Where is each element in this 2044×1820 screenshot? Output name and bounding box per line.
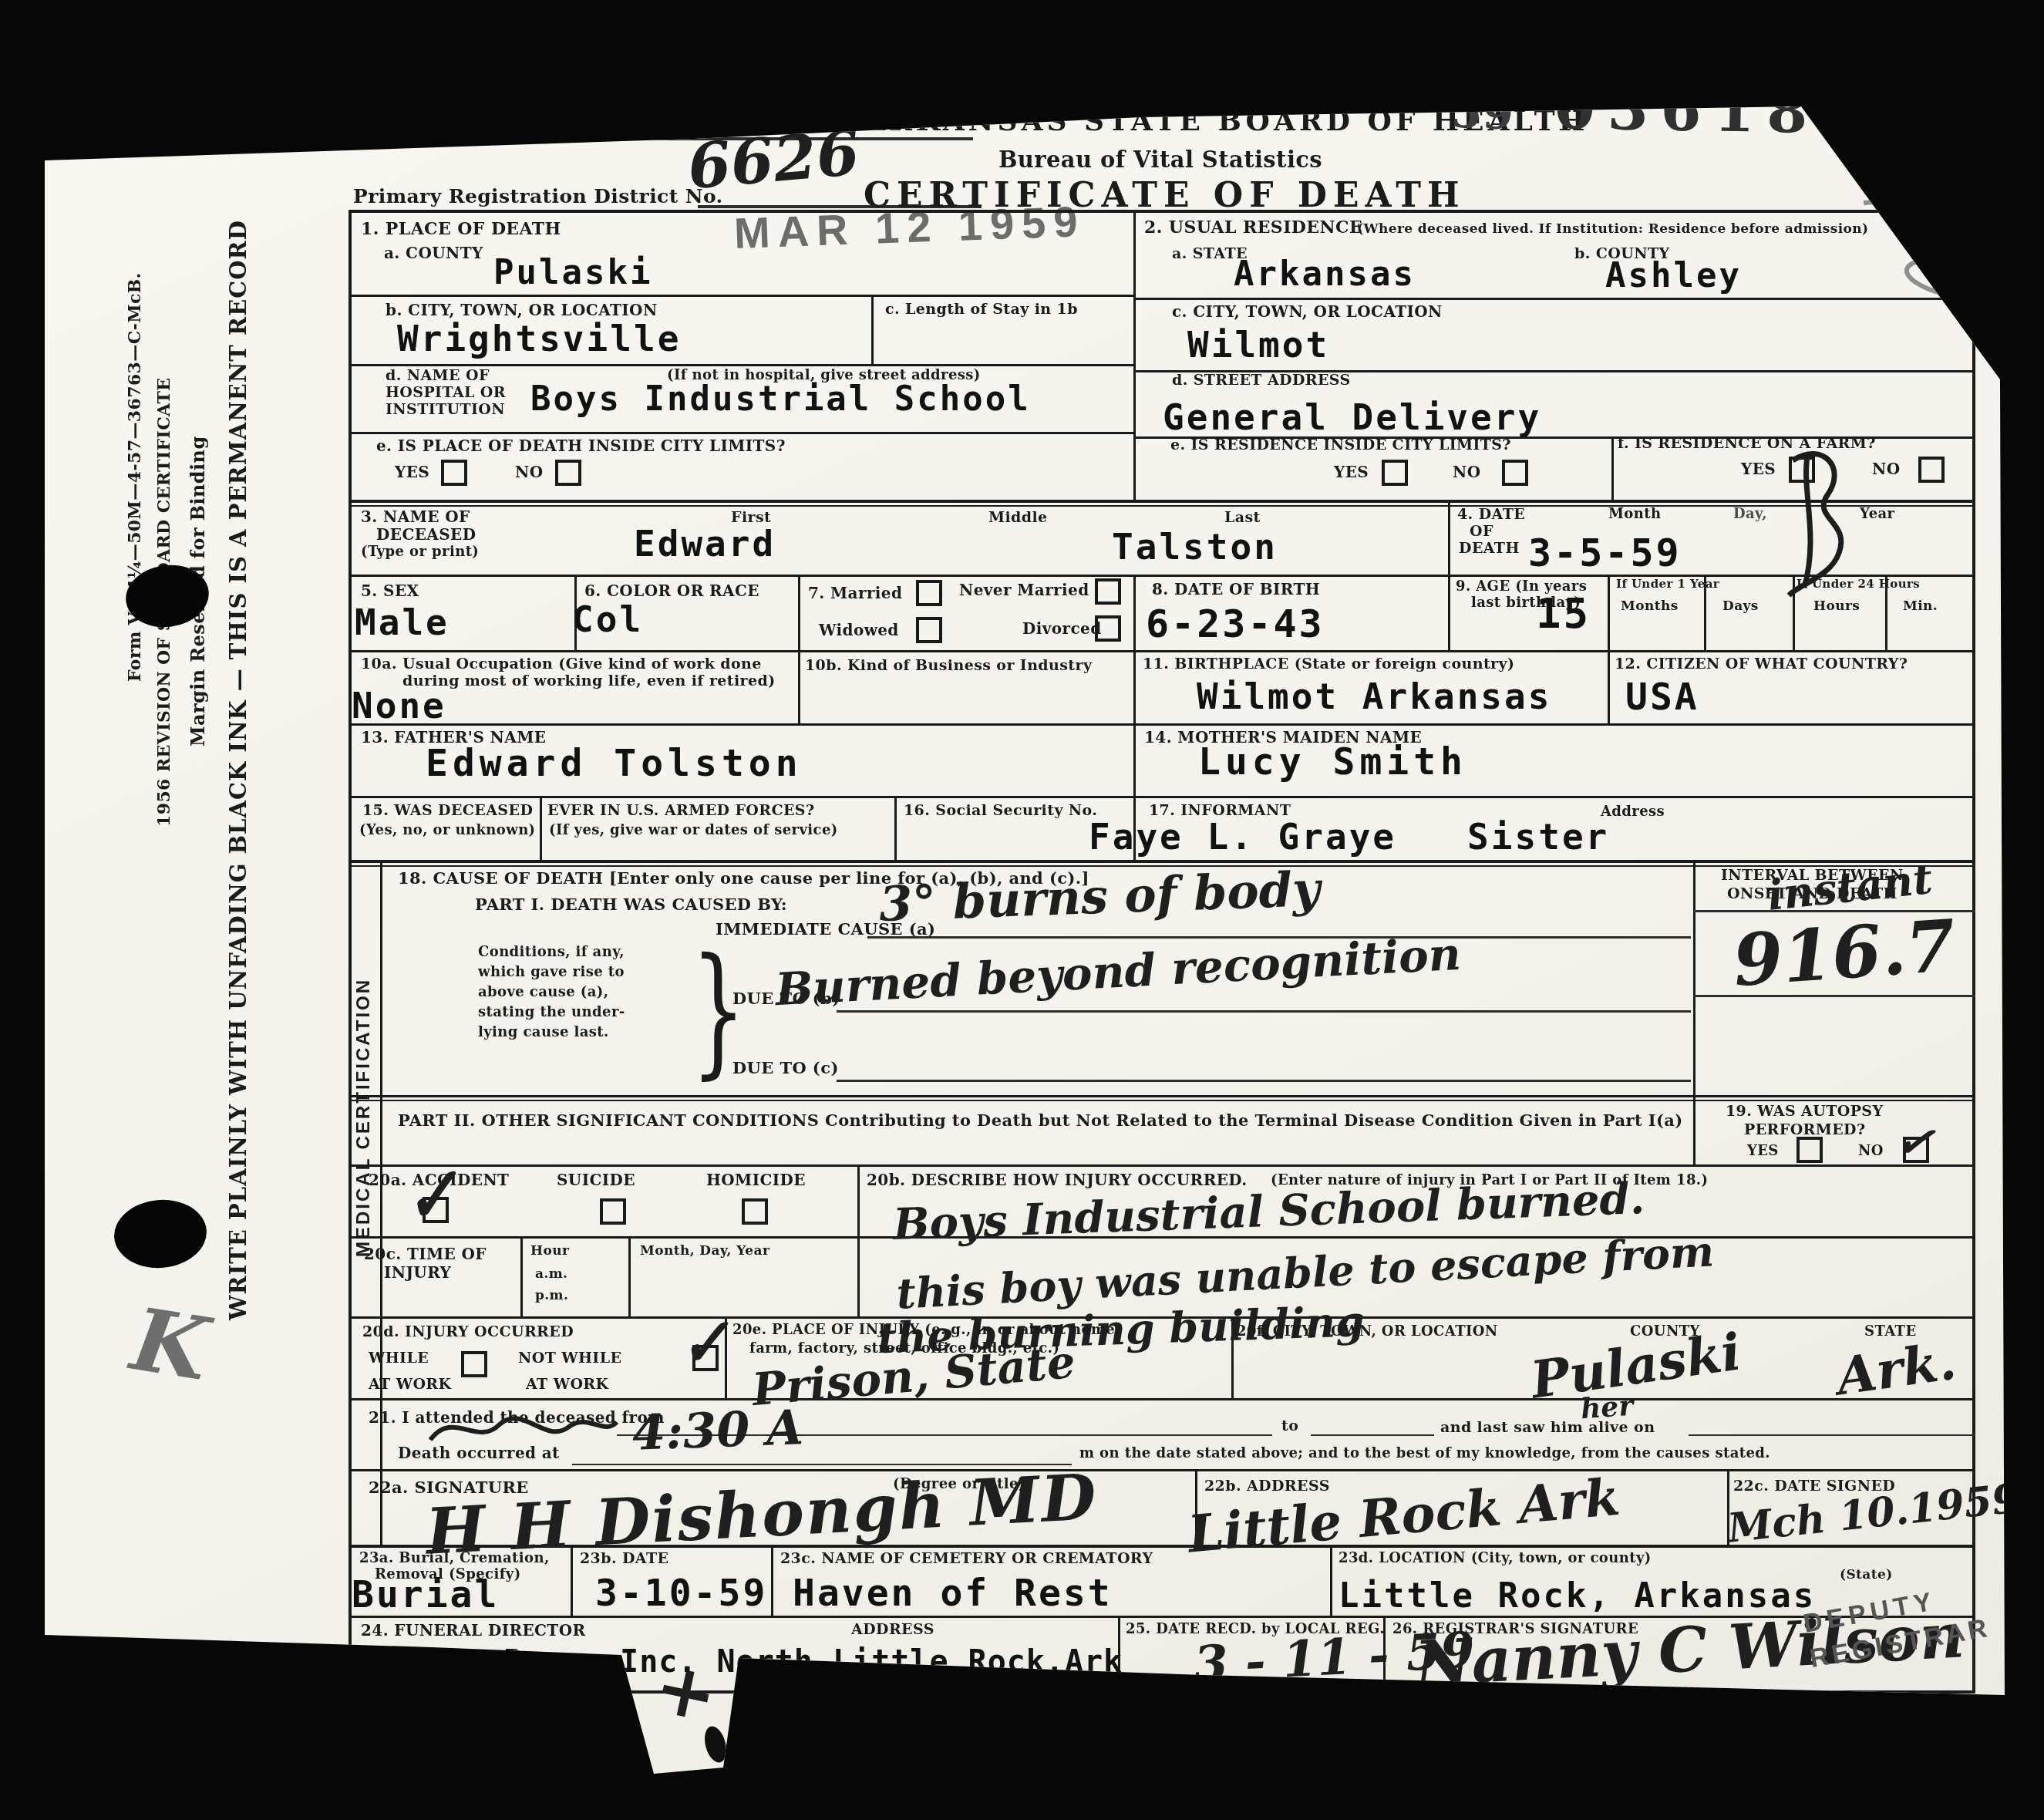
grid-line bbox=[540, 796, 542, 860]
not-while-label-1: NOT WHILE bbox=[518, 1350, 621, 1367]
suicide-label: SUICIDE bbox=[557, 1171, 635, 1189]
sex-label: 5. SEX bbox=[361, 581, 419, 600]
primary-district-label: Primary Registration District No. bbox=[353, 185, 723, 207]
burial-label-1: 23a. Burial, Cremation, bbox=[359, 1550, 550, 1566]
funeral-director-label: 24. FUNERAL DIRECTOR bbox=[361, 1621, 586, 1640]
married-checkbox bbox=[916, 580, 942, 606]
death-limits-no-checkbox bbox=[555, 460, 581, 486]
due-to-b-value: Burned beyond recognition bbox=[774, 928, 1463, 1016]
cemetery-value: Haven of Rest bbox=[793, 1572, 1113, 1615]
cause-b-line bbox=[837, 1010, 1691, 1013]
death-limits-yes-label: YES bbox=[395, 463, 429, 481]
describe-injury-label: 20b. DESCRIBE HOW INJURY OCCURRED. bbox=[867, 1171, 1248, 1189]
occupation-label-2: during most of working life, even if ret… bbox=[402, 672, 776, 689]
grid-line bbox=[380, 860, 382, 1545]
name-label-1: 3. NAME OF bbox=[361, 507, 470, 526]
father-value: Edward Tolston bbox=[426, 742, 803, 785]
dob-value: 6-23-43 bbox=[1146, 602, 1325, 646]
place-of-injury-label-1: 20e. PLACE OF INJURY (e. g., in or about… bbox=[732, 1322, 1120, 1338]
primary-district-value: 6626 bbox=[685, 116, 862, 203]
last-saw-label: and last saw him alive on bbox=[1440, 1419, 1655, 1436]
occupation-value: None bbox=[352, 685, 446, 726]
dod-year-header: Year bbox=[1860, 506, 1894, 522]
cemetery-label: 23c. NAME OF CEMETERY OR CREMATORY bbox=[780, 1550, 1153, 1567]
registration-district-label: Registration District No. bbox=[353, 114, 628, 136]
certificate-paper: Form VS-4¼—50M—4-57—36763—C-McB. 1956 RE… bbox=[0, 0, 2044, 1820]
file-year: 59 bbox=[1450, 86, 1515, 140]
grid-line bbox=[349, 723, 1975, 726]
conditions-note-5: lying cause last. bbox=[478, 1024, 609, 1040]
homicide-checkbox bbox=[742, 1198, 768, 1225]
institution-value: Boys Industrial School bbox=[530, 379, 1031, 419]
length-of-stay-label: c. Length of Stay in 1b bbox=[885, 301, 1078, 318]
sex-value: Male bbox=[355, 602, 450, 643]
grid-line bbox=[798, 650, 800, 723]
grid-line bbox=[628, 1236, 631, 1316]
street-address-value: General Delivery bbox=[1163, 396, 1541, 438]
institution-label-3: INSTITUTION bbox=[386, 401, 505, 418]
residence-county-value: Ashley bbox=[1605, 256, 1742, 295]
funeral-address-label: ADDRESS bbox=[851, 1621, 934, 1638]
time-of-injury-label-2: INJURY bbox=[384, 1263, 451, 1282]
informant-value: Faye L. Graye Sister bbox=[1089, 816, 1609, 858]
race-label: 6. COLOR OR RACE bbox=[584, 581, 759, 600]
suicide-checkbox bbox=[600, 1198, 626, 1225]
while-at-work-checkbox bbox=[461, 1351, 487, 1377]
ink-blot bbox=[701, 1724, 730, 1764]
grid-line bbox=[1133, 723, 1136, 796]
burial-date-value: 3-10-59 bbox=[595, 1572, 767, 1615]
dod-month-header: Month bbox=[1608, 506, 1661, 522]
injury-state-value: Ark. bbox=[1833, 1331, 1959, 1407]
while-label-2: AT WORK bbox=[369, 1376, 451, 1393]
residence-limits-no-checkbox bbox=[1502, 460, 1528, 486]
grid-line bbox=[349, 860, 1975, 863]
disposition-state-label: (State) bbox=[1840, 1567, 1893, 1582]
death-occurred-note: m on the date stated above; and to the b… bbox=[1079, 1445, 1770, 1461]
part2-label: PART II. OTHER SIGNIFICANT CONDITIONS Co… bbox=[398, 1111, 1683, 1130]
grid-line bbox=[857, 1164, 860, 1316]
attended-time-value: 4:30 A bbox=[631, 1399, 804, 1461]
not-while-label-2: AT WORK bbox=[526, 1376, 608, 1393]
usual-residence-label: 2. USUAL RESIDENCE bbox=[1144, 217, 1362, 238]
grid-line bbox=[1133, 210, 1136, 503]
certifier-address-label: 22b. ADDRESS bbox=[1204, 1478, 1330, 1495]
residence-limits-yes-label: YES bbox=[1334, 463, 1369, 481]
grid-line bbox=[871, 295, 874, 366]
name-label-2: DECEASED bbox=[376, 525, 476, 544]
widowed-label: Widowed bbox=[819, 621, 899, 639]
divorced-label: Divorced bbox=[1022, 619, 1102, 638]
grid-line bbox=[349, 210, 1975, 213]
hours-header: Hours bbox=[1813, 598, 1860, 614]
residence-limits-yes-checkbox bbox=[1382, 460, 1408, 486]
grid-line bbox=[349, 1095, 1975, 1097]
corner-scribble bbox=[1813, 93, 2043, 339]
grid-line bbox=[1608, 575, 1610, 652]
months-header: Months bbox=[1621, 598, 1679, 614]
residence-limits-no-label: NO bbox=[1453, 463, 1481, 481]
grid-line bbox=[349, 364, 1136, 366]
grid-line bbox=[771, 1545, 773, 1616]
first-name-value: Edward bbox=[634, 523, 776, 565]
residence-city-label: c. CITY, TOWN, OR LOCATION bbox=[1172, 302, 1443, 321]
funeral-director-value: Hubble Bros. Inc. North Little Rock,Ark bbox=[369, 1644, 1123, 1680]
age-value: 15 bbox=[1536, 589, 1591, 638]
race-value: Col bbox=[572, 598, 643, 640]
last-name-header: Last bbox=[1224, 509, 1261, 526]
medical-certification-label: MEDICAL CERTIFICATION bbox=[353, 854, 375, 1257]
married-label: 7. Married bbox=[808, 584, 902, 602]
residence-city-value: Wilmot bbox=[1187, 324, 1329, 366]
last-saw-line bbox=[1689, 1434, 1975, 1436]
conditions-note-3: above cause (a), bbox=[478, 984, 608, 1000]
institution-label-2: HOSPITAL OR bbox=[386, 384, 506, 401]
grid-line bbox=[349, 295, 1136, 297]
residence-state-value: Arkansas bbox=[1234, 254, 1416, 294]
grid-line bbox=[798, 575, 800, 652]
interval-line-2 bbox=[1693, 995, 1975, 997]
while-label-1: WHILE bbox=[369, 1350, 429, 1367]
armed-forces-label-2: EVER IN U.S. ARMED FORCES? bbox=[547, 802, 815, 819]
min-header: Min. bbox=[1903, 598, 1938, 614]
armed-forces-note-2: (If yes, give war or dates of service) bbox=[549, 822, 838, 838]
autopsy-yes-label: YES bbox=[1747, 1143, 1779, 1159]
homicide-label: HOMICIDE bbox=[706, 1171, 806, 1189]
autopsy-label-1: 19. WAS AUTOPSY bbox=[1726, 1103, 1883, 1120]
conditions-note-4: stating the under- bbox=[478, 1004, 625, 1020]
due-to-c-label: DUE TO (c) bbox=[732, 1058, 839, 1077]
death-limits-no-label: NO bbox=[515, 463, 544, 481]
grid-line bbox=[349, 650, 1975, 652]
grid-line bbox=[349, 575, 1975, 577]
under-24-hours-header: If Under 24 Hours bbox=[1796, 577, 1920, 591]
pencil-mark: K bbox=[125, 1289, 215, 1400]
city-value: Wrightsville bbox=[397, 318, 681, 359]
grid-line bbox=[1448, 500, 1450, 576]
death-limits-yes-checkbox bbox=[441, 460, 467, 486]
grid-line bbox=[1448, 575, 1450, 652]
time-of-injury-label-1: 20c. TIME OF bbox=[364, 1245, 487, 1263]
not-while-checkmark: ✓ bbox=[675, 1304, 733, 1381]
part1-label: PART I. DEATH WAS CAUSED BY: bbox=[475, 895, 787, 914]
dob-label: 8. DATE OF BIRTH bbox=[1152, 580, 1320, 598]
grid-line bbox=[1133, 575, 1136, 652]
grid-line bbox=[1330, 1545, 1332, 1616]
place-of-death-label: 1. PLACE OF DEATH bbox=[361, 219, 561, 239]
dod-label-3: DEATH bbox=[1459, 540, 1520, 557]
occupation-label-1: 10a. Usual Occupation (Give kind of work… bbox=[361, 656, 762, 672]
cause-code-value: 916.7 bbox=[1731, 904, 1958, 1003]
institution-label-1: d. NAME OF bbox=[386, 367, 490, 384]
grid-line bbox=[349, 796, 1975, 798]
conditions-note-2: which gave rise to bbox=[478, 964, 625, 980]
grid-line bbox=[349, 1690, 1975, 1694]
margin-permanent-record-note: WRITE PLAINLY WITH UNFADING BLACK INK — … bbox=[225, 292, 251, 1320]
middle-name-header: Middle bbox=[988, 509, 1048, 526]
date-of-death-value: 3-5-59 bbox=[1528, 531, 1682, 575]
conditions-note-1: Conditions, if any, bbox=[478, 944, 625, 960]
cause-c-line bbox=[837, 1080, 1691, 1082]
grid-line bbox=[349, 500, 1975, 503]
disposition-location-label: 23d. LOCATION (City, town, or county) bbox=[1339, 1550, 1652, 1566]
never-married-label: Never Married bbox=[959, 581, 1089, 599]
city-label: b. CITY, TOWN, OR LOCATION bbox=[386, 301, 658, 319]
grid-line bbox=[349, 432, 1136, 434]
name-label-3: (Type or print) bbox=[361, 544, 479, 560]
county-value: Pulaski bbox=[493, 253, 652, 292]
file-number: 03618 bbox=[1554, 73, 1820, 147]
burial-date-label: 23b. DATE bbox=[580, 1550, 668, 1567]
injury-city-value: Pulaski bbox=[1527, 1321, 1745, 1410]
dod-label-2: OF bbox=[1470, 523, 1493, 540]
grid-line bbox=[520, 1236, 523, 1316]
grid-line bbox=[349, 1469, 1975, 1471]
ssn-label: 16. Social Security No. bbox=[904, 802, 1097, 819]
autopsy-yes-checkbox bbox=[1796, 1137, 1823, 1163]
divorced-checkbox bbox=[1095, 615, 1121, 642]
margin-form-code: Form VS-4¼—50M—4-57—36763—C-McB. bbox=[125, 330, 145, 682]
autopsy-label-2: PERFORMED? bbox=[1744, 1121, 1866, 1138]
farm-no-checkbox bbox=[1918, 457, 1945, 483]
last-name-value: Talston bbox=[1112, 526, 1278, 568]
attended-to-line bbox=[1311, 1434, 1434, 1436]
grid-line bbox=[1693, 860, 1695, 1164]
injury-location-label: 20f. CITY, TOWN, OR LOCATION bbox=[1237, 1323, 1498, 1340]
attended-to-label: to bbox=[1281, 1417, 1298, 1434]
widowed-checkbox bbox=[916, 617, 942, 643]
injury-occurred-label: 20d. INJURY OCCURRED bbox=[362, 1323, 574, 1340]
autopsy-no-label: NO bbox=[1858, 1143, 1884, 1159]
never-married-checkbox bbox=[1095, 578, 1121, 605]
residence-city-limits-label: e. IS RESIDENCE INSIDE CITY LIMITS? bbox=[1170, 436, 1511, 453]
death-occurred-label: Death occurred at bbox=[398, 1444, 560, 1462]
citizen-value: USA bbox=[1625, 676, 1699, 719]
grid-line bbox=[349, 1100, 1975, 1101]
hour-header: Hour bbox=[530, 1243, 569, 1259]
grid-line bbox=[349, 210, 352, 1694]
street-address-label: d. STREET ADDRESS bbox=[1172, 372, 1351, 389]
armed-forces-note-1: (Yes, no, or unknown) bbox=[359, 822, 536, 838]
bureau-subtitle: Bureau of Vital Statistics bbox=[864, 147, 1457, 173]
grid-line bbox=[1133, 298, 1975, 300]
under-1-year-header: If Under 1 Year bbox=[1616, 577, 1719, 591]
pm-header: p.m. bbox=[535, 1288, 568, 1303]
birthplace-value: Wilmot Arkansas bbox=[1197, 676, 1551, 717]
days-header: Days bbox=[1722, 598, 1759, 614]
grid-line bbox=[349, 1164, 1975, 1167]
board-title: ARKANSAS STATE BOARD OF HEALTH bbox=[864, 105, 1457, 137]
punch-hole-bottom bbox=[111, 1196, 209, 1272]
autopsy-no-checkmark: ✓ bbox=[1891, 1113, 1938, 1171]
county-label: a. COUNTY bbox=[384, 244, 483, 262]
dod-label-1: 4. DATE bbox=[1457, 506, 1525, 523]
grid-line bbox=[894, 796, 897, 860]
grid-line bbox=[1972, 210, 1975, 1694]
death-city-limits-label: e. IS PLACE OF DEATH INSIDE CITY LIMITS? bbox=[376, 436, 786, 455]
citizen-label: 12. CITIZEN OF WHAT COUNTRY? bbox=[1615, 656, 1908, 672]
grid-line bbox=[1611, 436, 1614, 501]
birthplace-label: 11. BIRTHPLACE (State or foreign country… bbox=[1143, 656, 1514, 672]
usual-residence-note: (Where deceased lived. If Institution: R… bbox=[1357, 221, 1868, 237]
grid-line bbox=[349, 505, 1975, 507]
month-day-year-header: Month, Day, Year bbox=[640, 1243, 769, 1259]
informant-address-label: Address bbox=[1601, 804, 1665, 820]
burial-value: Burial bbox=[352, 1573, 499, 1616]
mother-value: Lucy Smith bbox=[1198, 740, 1467, 784]
am-header: a.m. bbox=[535, 1266, 567, 1282]
dod-day-header: Day, bbox=[1733, 506, 1767, 522]
grid-line bbox=[1608, 650, 1610, 723]
industry-label: 10b. Kind of Business or Industry bbox=[805, 657, 1092, 674]
armed-forces-label-1: 15. WAS DECEASED bbox=[362, 802, 533, 819]
grid-line bbox=[1133, 650, 1136, 723]
